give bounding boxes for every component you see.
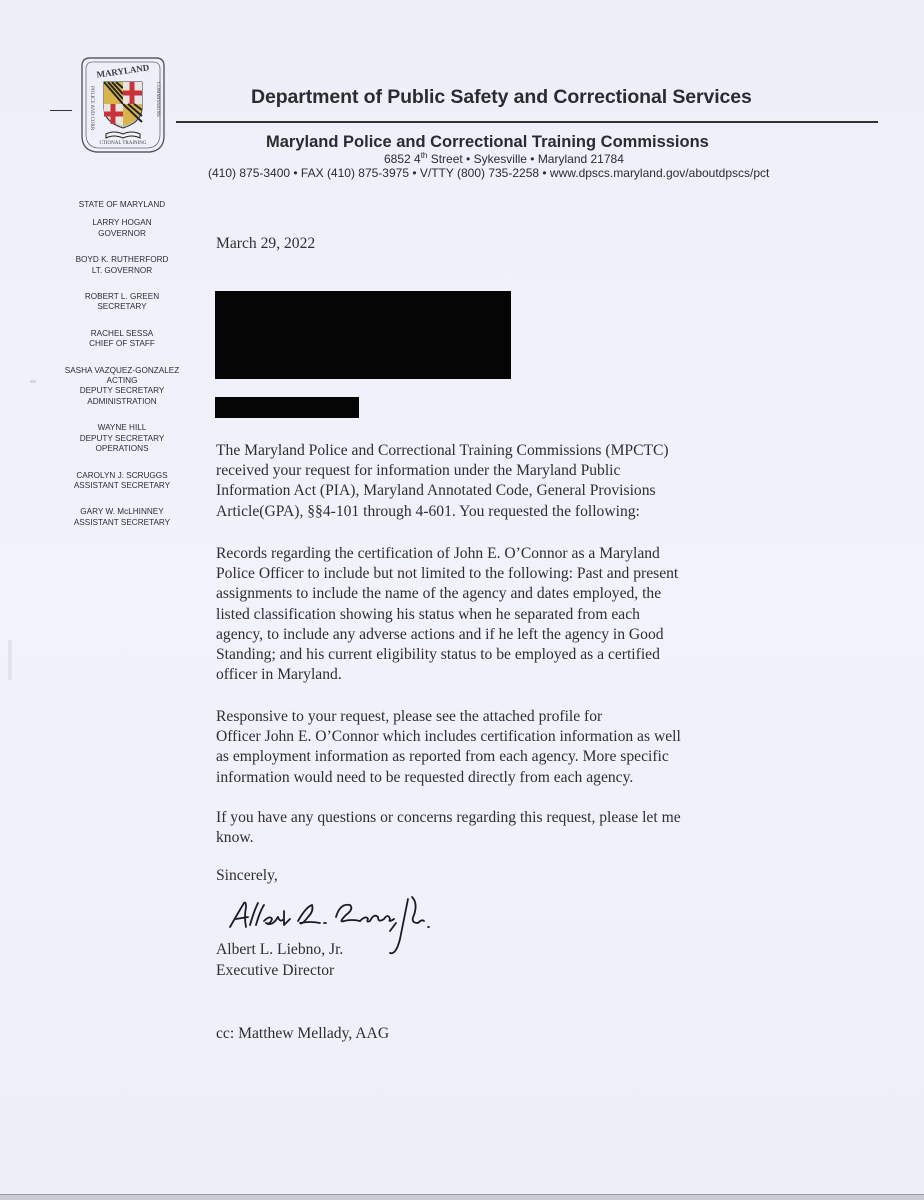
seal-left-rule [50, 110, 72, 111]
svg-text:CTIONAL TRAINING: CTIONAL TRAINING [99, 141, 146, 146]
paragraph-intro: The Maryland Police and Correctional Tra… [216, 441, 669, 522]
cc-line: cc: Matthew Mellady, AAG [216, 1024, 389, 1044]
maryland-seal-icon: MARYLAND POLICE AND CORR COMMISSIONS CTI… [76, 52, 170, 156]
address: 6852 4th Street • Sykesville • Maryland … [384, 151, 624, 166]
contact-line: (410) 875-3400 • FAX (410) 875-3975 • V/… [208, 166, 769, 180]
signer-title: Executive Director [216, 961, 334, 981]
official-name: ROBERT L. GREEN [52, 292, 192, 302]
official-name: SASHA VAZQUEZ-GONZALEZ [52, 366, 192, 376]
header-divider [176, 121, 878, 123]
official-title: ADMINISTRATION [52, 397, 192, 407]
address-rest: Street • Sykesville • Maryland 21784 [427, 152, 624, 166]
signer-name: Albert L. Liebno, Jr. [216, 940, 343, 960]
letter-date: March 29, 2022 [216, 234, 315, 254]
sidebar-official: SASHA VAZQUEZ-GONZALEZACTINGDEPUTY SECRE… [52, 366, 192, 408]
sidebar-official: ROBERT L. GREENSECRETARY [52, 292, 192, 313]
page-bottom-edge [0, 1194, 924, 1200]
department-name: Department of Public Safety and Correcti… [251, 86, 752, 109]
paragraph-questions: If you have any questions or concerns re… [216, 808, 681, 848]
svg-text:MARYLAND: MARYLAND [96, 62, 151, 79]
sidebar-official: WAYNE HILLDEPUTY SECRETARYOPERATIONS [52, 423, 192, 454]
official-title: ASSISTANT SECRETARY [52, 481, 192, 491]
official-name: WAYNE HILL [52, 423, 192, 433]
official-title: LT. GOVERNOR [52, 266, 192, 276]
official-title: DEPUTY SECRETARY [52, 386, 192, 396]
official-name: BOYD K. RUTHERFORD [52, 255, 192, 265]
paper-speck [30, 380, 36, 383]
official-title: ASSISTANT SECRETARY [52, 518, 192, 528]
redacted-recipient-block [215, 291, 511, 379]
closing: Sincerely, [216, 866, 278, 886]
sidebar-official: CAROLYN J. SCRUGGSASSISTANT SECRETARY [52, 471, 192, 492]
official-title: GOVERNOR [52, 229, 192, 239]
sidebar-official: LARRY HOGANGOVERNOR [52, 218, 192, 239]
letter-page: MARYLAND POLICE AND CORR COMMISSIONS CTI… [0, 0, 924, 1200]
sidebar-official: GARY W. McLHINNEYASSISTANT SECRETARY [52, 507, 192, 528]
paper-smudge [8, 640, 12, 680]
official-title: DEPUTY SECRETARY [52, 434, 192, 444]
sidebar-state: STATE OF MARYLAND [52, 200, 192, 210]
paragraph-request: Records regarding the certification of J… [216, 544, 678, 685]
official-title: SECRETARY [52, 302, 192, 312]
official-name: GARY W. McLHINNEY [52, 507, 192, 517]
sidebar-official: RACHEL SESSACHIEF OF STAFF [52, 329, 192, 350]
officials-list: LARRY HOGANGOVERNORBOYD K. RUTHERFORDLT.… [52, 218, 192, 528]
redacted-salutation-block [215, 397, 359, 418]
official-title: ACTING [52, 376, 192, 386]
svg-text:COMMISSIONS: COMMISSIONS [155, 82, 160, 117]
official-title: OPERATIONS [52, 444, 192, 454]
commission-name: Maryland Police and Correctional Trainin… [266, 133, 709, 152]
svg-text:POLICE AND CORR: POLICE AND CORR [89, 86, 94, 131]
official-name: RACHEL SESSA [52, 329, 192, 339]
official-name: LARRY HOGAN [52, 218, 192, 228]
paragraph-response: Responsive to your request, please see t… [216, 707, 681, 788]
official-name: CAROLYN J. SCRUGGS [52, 471, 192, 481]
officials-sidebar: STATE OF MARYLAND LARRY HOGANGOVERNORBOY… [52, 200, 192, 544]
address-number: 6852 4 [384, 152, 421, 166]
sidebar-official: BOYD K. RUTHERFORDLT. GOVERNOR [52, 255, 192, 276]
official-title: CHIEF OF STAFF [52, 339, 192, 349]
